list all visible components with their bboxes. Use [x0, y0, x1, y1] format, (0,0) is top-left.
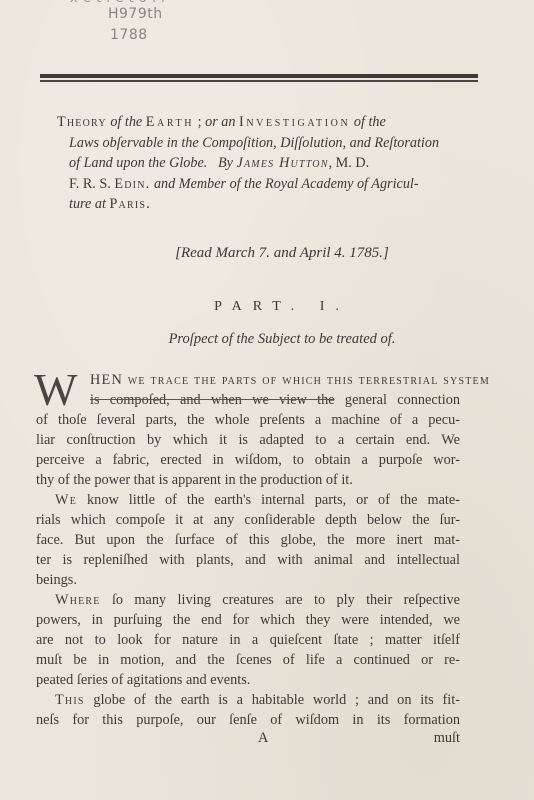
page-footer: A muſt: [36, 730, 460, 750]
text-line: neſs for this purpoſe, our ſenſe of wiſd…: [36, 710, 460, 730]
paragraph-lead: Where: [55, 592, 101, 608]
text-line: powers, in purſuing the end for which th…: [36, 610, 460, 630]
title-earth: Earth: [146, 114, 194, 130]
paragraph-lead: We: [55, 492, 77, 508]
line-text: HEN we trace the parts of which this ter…: [90, 372, 490, 388]
title-line-3: of Land upon the Globe. By James Hutton,…: [57, 153, 480, 174]
title-line-4: F. R. S. Edin. and Member of the Royal A…: [57, 174, 480, 195]
pencil-shelfmark: H979th: [108, 6, 163, 22]
title-of-the: of the: [110, 114, 142, 130]
text-line: peated ſeries of agitations and events.: [36, 670, 460, 690]
header-rule-thick: [40, 74, 478, 78]
author-degree: , M. D.: [329, 155, 370, 171]
struck-text: is compoſed, and when we view the: [90, 392, 335, 408]
text-line: ter is repleniſhed with plants, and with…: [36, 550, 460, 570]
line-text: know little of the earth's internal part…: [77, 492, 460, 508]
text-line: rials which compoſe it at any conſiderab…: [36, 510, 460, 530]
author-edin: Edin.: [114, 176, 150, 192]
text-line: face. But upon the ſurface of this globe…: [36, 530, 460, 550]
title-line-2: Laws obſervable in the Compoſition, Diſſ…: [57, 133, 480, 154]
author-name: James Hutton: [236, 155, 328, 171]
title-paris: Paris.: [109, 196, 150, 212]
text-line: is compoſed, and when we view the genera…: [36, 390, 460, 410]
title-separator: ;: [198, 114, 202, 130]
text-line: W HEN we trace the parts of which this t…: [36, 370, 460, 390]
article-title-block: Theory of the Earth ; or an Investigatio…: [57, 112, 480, 215]
title-line-5: ture at Paris.: [57, 194, 480, 215]
book-page: x e t . e t o . r H979th 1788 Theory of …: [0, 0, 534, 800]
author-membership: and Member of the Royal Academy of Agric…: [154, 176, 419, 192]
text-line: beings.: [36, 570, 460, 590]
title-by: By: [218, 155, 233, 171]
text-line: of thoſe ſeveral parts, the whole preſen…: [36, 410, 460, 430]
title-investigation: Investigation: [239, 114, 350, 130]
title-line-1: Theory of the Earth ; or an Investigatio…: [57, 112, 480, 133]
text-line: liar conſtruction by which it is adapted…: [36, 430, 460, 450]
text-line: We know little of the earth's internal p…: [36, 490, 460, 510]
text-line: Where ſo many living creatures are to pl…: [36, 590, 460, 610]
catchword: muſt: [434, 730, 460, 747]
header-rule-thin: [40, 80, 478, 82]
paragraph-lead: This: [55, 692, 85, 708]
line-text: globe of the earth is a habitable world …: [85, 692, 460, 708]
section-title: Proſpect of the Subject to be treated of…: [0, 331, 534, 348]
title-of-the-2: of the: [354, 114, 386, 130]
title-land-globe: of Land upon the Globe.: [69, 155, 207, 171]
author-frs: F. R. S.: [69, 176, 111, 192]
title-ture-at: ture at: [69, 196, 106, 212]
read-date: [Read March 7. and April 4. 1785.]: [0, 245, 534, 262]
text-line: muſt be in motion, and the ſcenes of lif…: [36, 650, 460, 670]
text-line: perceive a fabric, erected in wiſdom, to…: [36, 450, 460, 470]
title-or-an: or an: [205, 114, 235, 130]
pencil-year: 1788: [110, 27, 148, 43]
text-line: thy of the power that is apparent in the…: [36, 470, 460, 490]
signature-mark: A: [258, 730, 268, 747]
line-text: ſo many living creatures are to ply thei…: [101, 592, 460, 608]
text-line: are not to look for nature in a quieſcen…: [36, 630, 460, 650]
line-text: general connection: [335, 392, 460, 408]
part-heading: PART. I.: [0, 299, 534, 315]
text-line: This globe of the earth is a habitable w…: [36, 690, 460, 710]
title-theory: Theory: [57, 114, 107, 130]
body-text: W HEN we trace the parts of which this t…: [36, 370, 460, 730]
